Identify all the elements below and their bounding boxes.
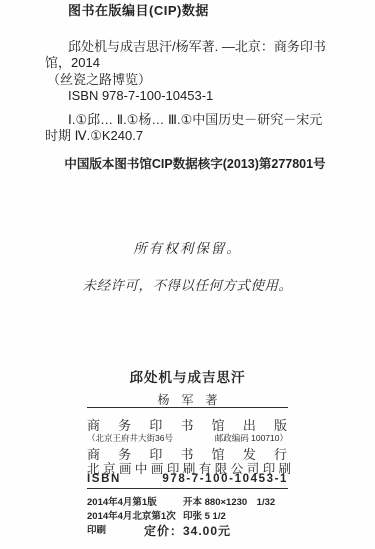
- format-info: 开本 880×1230 1/32: [183, 494, 275, 508]
- cip-entry-line1: 邱处机与成吉思汗/杨军著. —北京：商务印书: [45, 39, 347, 56]
- cip-isbn: ISBN 978-7-100-10453-1: [45, 88, 347, 105]
- copyright-page: 图书在版编目(CIP)数据 邱处机与成吉思汗/杨军著. —北京：商务印书 馆，2…: [0, 0, 375, 549]
- cip-series-note: （丝瓷之路博览）: [47, 72, 347, 89]
- publisher-postal-code: 邮政编码 100710）: [215, 432, 288, 444]
- publisher-address: （北京王府井大街36号 邮政编码 100710）: [87, 432, 288, 444]
- rights-notice: 所有权利保留。 未经许可，不得以任何方式使用。: [0, 237, 375, 294]
- colophon-block: 邱处机与成吉思汗 杨 军 著 商 务 印 书 馆 出 版 （北京王府井大街36号…: [87, 360, 288, 545]
- cip-record-number: 中国版本图书馆CIP数据核字(2013)第277801号: [35, 156, 355, 173]
- cip-entry-line2: 馆，2014: [45, 55, 347, 72]
- edition-format-row: 2014年4月第1版 开本 880×1230 1/32: [87, 494, 288, 508]
- rights-line1: 所有权利保留。: [0, 237, 375, 257]
- cip-heading: 图书在版编目(CIP)数据: [68, 3, 347, 20]
- cip-class-line2: 时期 Ⅳ.①K240.7: [45, 128, 347, 145]
- cip-class-line1: Ⅰ.①邱… Ⅱ.①杨… Ⅲ.①中国历史－研究－宋元: [45, 112, 347, 129]
- price-line: 定价：34.00元: [87, 522, 288, 539]
- rights-line2: 未经许可，不得以任何方式使用。: [0, 274, 375, 294]
- book-author: 杨 军 著: [87, 391, 288, 408]
- divider-rule-top: [87, 407, 288, 408]
- edition-info: 2014年4月第1版: [87, 494, 183, 508]
- book-title: 邱处机与成吉思汗: [87, 366, 288, 386]
- divider-rule-bottom: [87, 488, 288, 489]
- publisher-address-street: （北京王府井大街36号: [87, 432, 173, 444]
- cip-block: 图书在版编目(CIP)数据 邱处机与成吉思汗/杨军著. —北京：商务印书 馆，2…: [45, 3, 347, 172]
- colophon-isbn: ISBN 978-7-100-10453-1: [87, 473, 288, 485]
